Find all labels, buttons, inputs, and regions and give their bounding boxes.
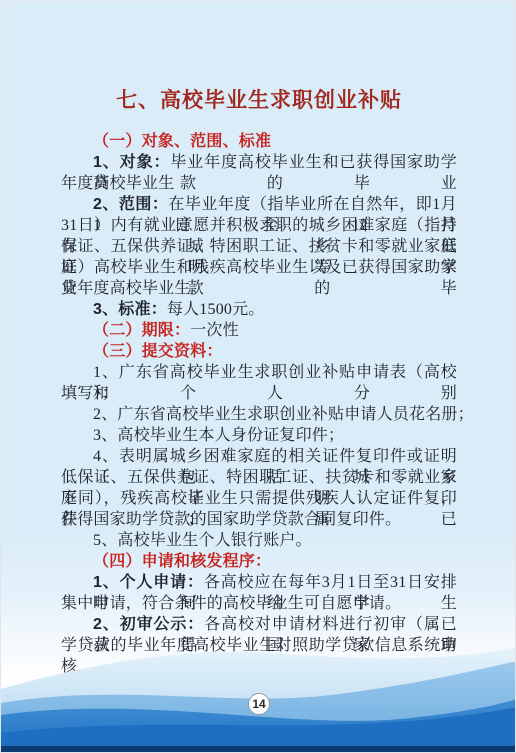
section-heading-text: （一）对象、范围、标准	[93, 133, 271, 150]
item-label-text: 3、标准：	[93, 301, 167, 318]
text-line: 集中申请，符合条件的高校毕业生可自愿申请。	[61, 593, 457, 614]
text-line: 1、对象：毕业年度高校毕业生和已获得国家助学贷款的毕业	[61, 152, 457, 173]
section-heading-text: （二）期限：	[93, 322, 190, 339]
text-line: 下同），残疾高校毕业生只需提供残疾人认定证件复印件；属已	[61, 488, 457, 509]
body-text: 填写）；	[61, 385, 118, 402]
text-line: 5、高校毕业生个人银行账户。	[61, 530, 457, 551]
body-text: 5、高校毕业生个人银行账户。	[93, 532, 312, 549]
text-line: （二）期限：一次性	[61, 320, 457, 341]
body-text: 一次性	[190, 322, 239, 339]
text-line: （三）提交资料：	[61, 341, 457, 362]
body-text: 每人1500元。	[167, 301, 265, 318]
text-line: 保证、五保供养证、特困职工证、扶贫卡和零就业家庭证明等家	[61, 236, 457, 257]
body-text: 获得国家助学贷款的国家助学贷款合同复印件。	[61, 511, 401, 528]
text-line: 31日）内有就业意愿并积极求职的城乡困难家庭（指持有城乡低	[61, 215, 457, 236]
text-line: 3、高校毕业生本人身份证复印件；	[61, 425, 457, 446]
section-heading-text: （三）提交资料：	[93, 343, 223, 360]
text-line: 获得国家助学贷款的国家助学贷款合同复印件。	[61, 509, 457, 530]
document-body: （一）对象、范围、标准1、对象：毕业年度高校毕业生和已获得国家助学贷款的毕业年度…	[61, 131, 457, 656]
document-page: 七、高校毕业生求职创业补贴 （一）对象、范围、标准1、对象：毕业年度高校毕业生和…	[0, 0, 516, 753]
footer-navy-strip	[1, 746, 516, 752]
text-line: 3、标准：每人1500元。	[61, 299, 457, 320]
item-label-text: 2、初审公示：	[93, 616, 204, 633]
text-line: （一）对象、范围、标准	[61, 131, 457, 152]
item-label-text: 1、个人申请：	[93, 574, 204, 591]
body-text: 年度高校毕业生	[61, 175, 174, 192]
body-text: 业年度高校毕业生。	[61, 280, 207, 297]
text-line: 2、初审公示：各高校对申请材料进行初审（属已获得国家助	[61, 614, 457, 635]
body-text: 集中申请，符合条件的高校毕业生可自愿申请。	[61, 595, 401, 612]
text-line: （四）申请和核发程序：	[61, 551, 457, 572]
text-line: 1、广东省高校毕业生求职创业补贴申请表（高校和个人分别	[61, 362, 457, 383]
item-label-text: 2、范围：	[93, 196, 168, 213]
text-line: 2、范围：在毕业年度（指毕业所在自然年，即1月1日至12月	[61, 194, 457, 215]
page-number-badge: 14	[248, 693, 270, 715]
text-line: 庭）高校毕业生和残疾高校毕业生以及已获得国家助学贷款的毕	[61, 257, 457, 278]
body-text: 1、广东省高校毕业生求职创业补贴申请表（高校和个人分别	[93, 364, 457, 402]
page-title: 七、高校毕业生求职创业补贴	[1, 88, 516, 113]
section-heading-text: （四）申请和核发程序：	[93, 553, 271, 570]
text-line: 1、个人申请：各高校应在每年3月1日至31日安排时间给学生	[61, 572, 457, 593]
text-line: 2、广东省高校毕业生求职创业补贴申请人员花名册；	[61, 404, 457, 425]
item-label-text: 1、对象：	[93, 154, 170, 171]
text-line: 4、表明属城乡困难家庭的相关证件复印件或证明（包括城乡	[61, 446, 457, 467]
body-text: 3、高校毕业生本人身份证复印件；	[93, 427, 344, 444]
text-line: 低保证、五保供养证、特困职工证、扶贫卡和零就业家庭证明，	[61, 467, 457, 488]
body-text: 2、广东省高校毕业生求职创业补贴申请人员花名册；	[93, 406, 474, 423]
